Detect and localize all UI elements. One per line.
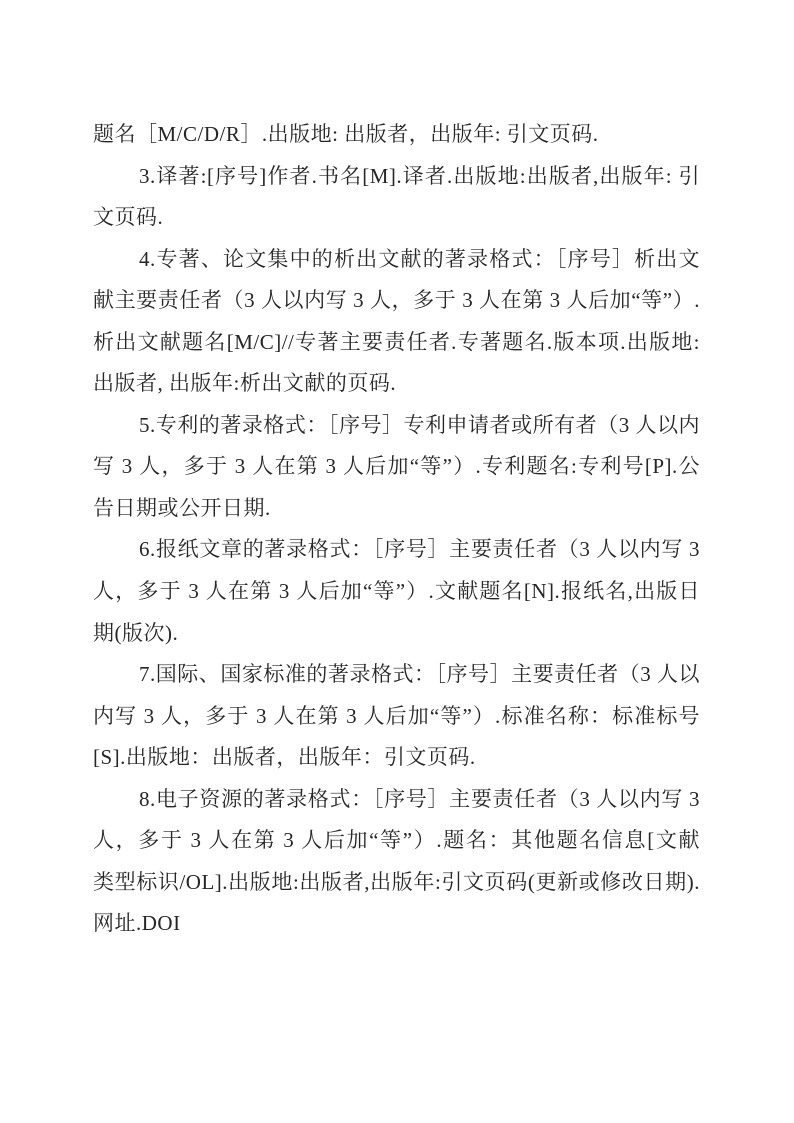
- doc-line: 告日期或公开日期.: [93, 488, 700, 530]
- doc-line: 献主要责任者（3 人以内写 3 人，多于 3 人在第 3 人后加“等”）.: [93, 280, 700, 322]
- text-block: 题名［M/C/D/R］.出版地: 出版者，出版年: 引文页码. 3.译著:[序号…: [93, 114, 700, 945]
- doc-line: 3.译著:[序号]作者.书名[M].译者.出版地:出版者,出版年: 引: [93, 156, 700, 198]
- doc-line: 人，多于 3 人在第 3 人后加“等”）.文献题名[N].报纸名,出版日: [93, 571, 700, 613]
- doc-line: 7.国际、国家标准的著录格式：［序号］主要责任者（3 人以: [93, 654, 700, 696]
- doc-line: [S].出版地：出版者，出版年：引文页码.: [93, 737, 700, 779]
- doc-line: 期(版次).: [93, 613, 700, 655]
- doc-line: 人，多于 3 人在第 3 人后加“等”）.题名：其他题名信息[文献: [93, 820, 700, 862]
- doc-line: 题名［M/C/D/R］.出版地: 出版者，出版年: 引文页码.: [93, 114, 700, 156]
- doc-line: 5.专利的著录格式：［序号］专利申请者或所有者（3 人以内: [93, 405, 700, 447]
- doc-line: 类型标识/OL].出版地:出版者,出版年:引文页码(更新或修改日期).: [93, 862, 700, 904]
- doc-line: 出版者, 出版年:析出文献的页码.: [93, 363, 700, 405]
- doc-line: 4.专著、论文集中的析出文献的著录格式：［序号］析出文: [93, 239, 700, 281]
- doc-line: 6.报纸文章的著录格式：［序号］主要责任者（3 人以内写 3: [93, 529, 700, 571]
- doc-line: 内写 3 人，多于 3 人在第 3 人后加“等”）.标准名称：标准标号: [93, 696, 700, 738]
- doc-line: 析出文献题名[M/C]//专著主要责任者.专著题名.版本项.出版地:: [93, 322, 700, 364]
- doc-line: 文页码.: [93, 197, 700, 239]
- doc-line: 8.电子资源的著录格式：［序号］主要责任者（3 人以内写 3: [93, 779, 700, 821]
- doc-line: 写 3 人，多于 3 人在第 3 人后加“等”）.专利题名:专利号[P].公: [93, 446, 700, 488]
- doc-line: 网址.DOI: [93, 903, 700, 945]
- document-page: 题名［M/C/D/R］.出版地: 出版者，出版年: 引文页码. 3.译著:[序号…: [0, 0, 794, 1123]
